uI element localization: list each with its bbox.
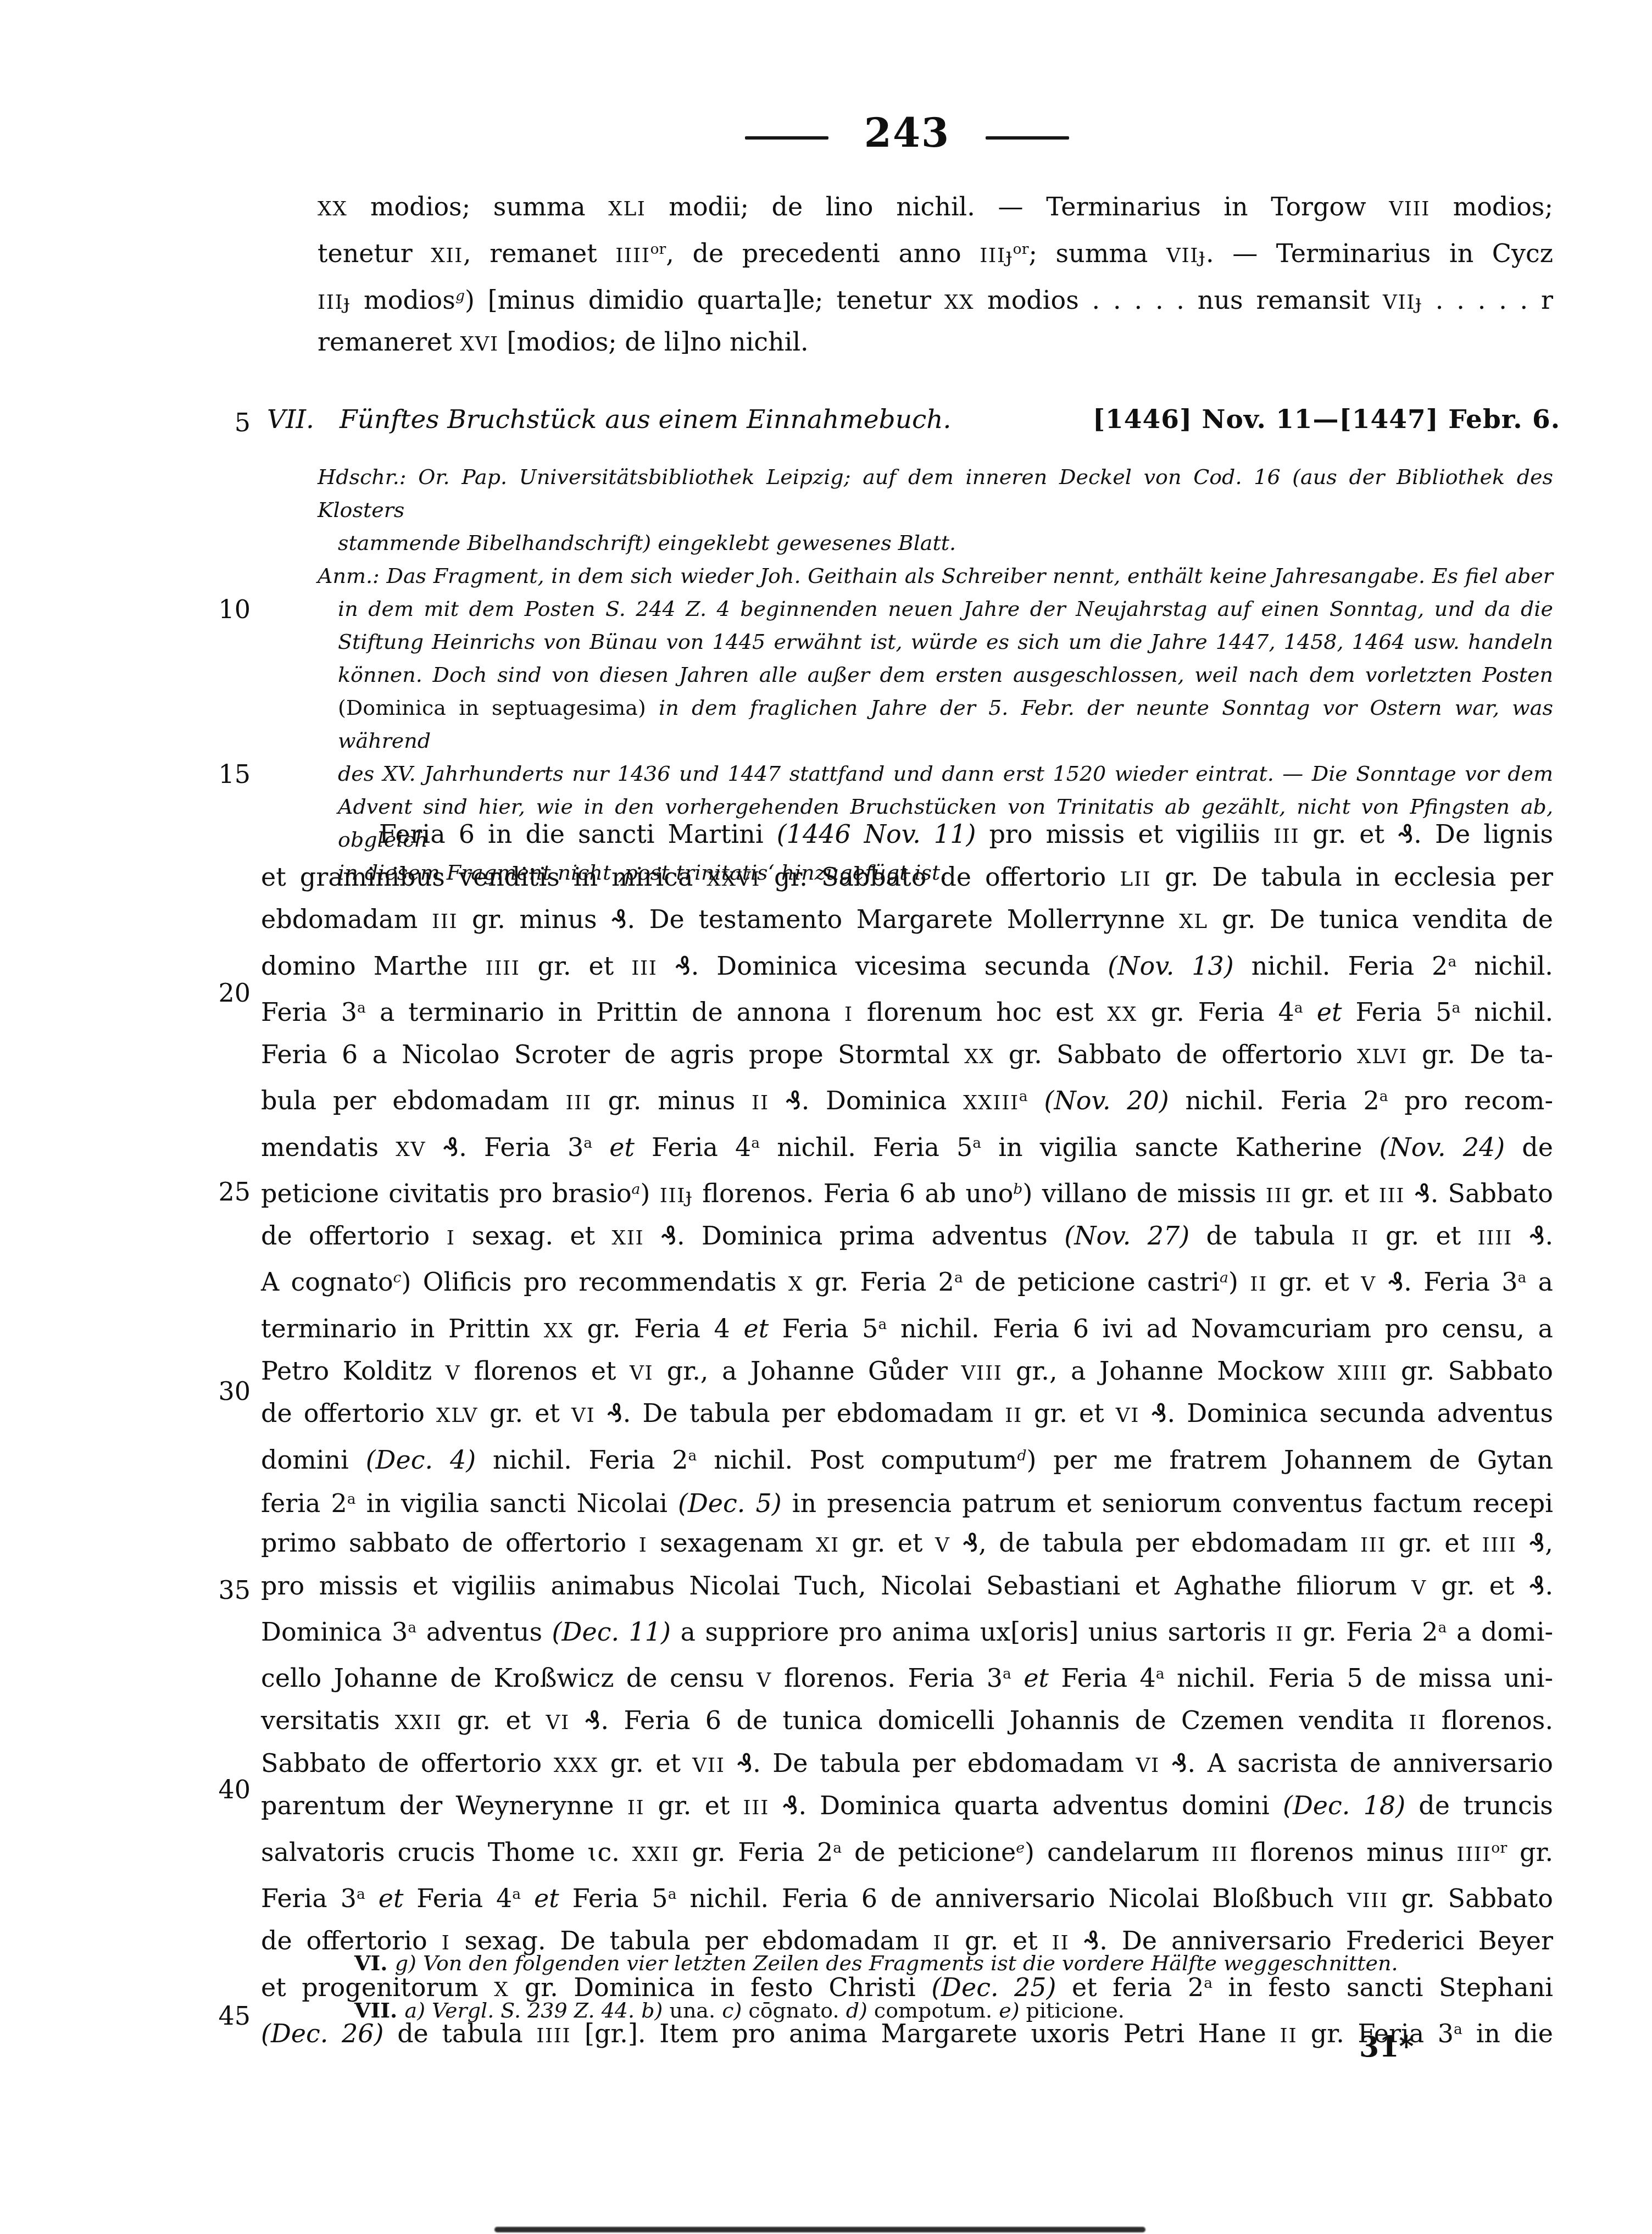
text-segment: a <box>408 1619 416 1636</box>
text-segment: modios; <box>1430 192 1553 221</box>
text-segment: XX <box>944 291 974 313</box>
text-line: Hdschr.: Or. Pap. Universitätsbibliothek… <box>318 460 1553 526</box>
text-segment: gr. et <box>520 951 632 980</box>
text-segment: gr. et <box>478 1398 571 1428</box>
text-segment: VIII <box>1347 1890 1388 1912</box>
text-line: in dem mit dem Posten S. 244 Z. 4 beginn… <box>338 592 1553 625</box>
scanned-document-page: 243 51015202530354045 XX modios; summa X… <box>0 0 1652 2234</box>
text-segment: ₰. Feria 3 <box>1376 1267 1518 1297</box>
text-segment: gr. et <box>1386 1528 1482 1558</box>
text-segment: nichil. Post computum <box>697 1444 1017 1474</box>
text-segment: nichil. Feria 5 de missa uni- <box>1165 1663 1553 1693</box>
text-segment: XL <box>1179 910 1208 933</box>
text-segment: Feria 6 in die sancti Martini <box>379 819 777 849</box>
text-segment: a <box>1380 1088 1388 1105</box>
text-segment: a <box>357 1886 365 1903</box>
text-segment: IIII <box>615 244 650 267</box>
text-segment: (Nov. 27) <box>1064 1221 1189 1251</box>
text-segment: a <box>1156 1665 1165 1682</box>
text-segment: ₰, de tabula per ebdomadam <box>950 1528 1360 1558</box>
text-segment: ₰. Feria 6 de tunica domicelli Johannis … <box>570 1705 1409 1735</box>
text-line: cello Johanne de Kroßwicz de censu V flo… <box>261 1654 1553 1700</box>
text-segment: X <box>788 1273 803 1296</box>
text-segment: III <box>1360 1534 1386 1557</box>
text-segment: cello Johanne de Kroßwicz de censu <box>261 1663 757 1693</box>
text-segment: ₰. <box>1512 1221 1553 1251</box>
text-line: domini (Dec. 4) nichil. Feria 2a nichil.… <box>261 1436 1553 1480</box>
text-segment: tenetur <box>318 238 431 268</box>
text-segment: V <box>935 1534 950 1557</box>
text-segment: XII <box>431 244 463 267</box>
text-segment: de truncis <box>1405 1791 1553 1820</box>
text-segment: VIII <box>961 1362 1003 1385</box>
text-line: Feria 6 a Nicolao Scroter de agris prope… <box>261 1035 1553 1077</box>
text-segment: XII <box>612 1227 644 1249</box>
text-line: bula per ebdomadam III gr. minus II ₰. D… <box>261 1077 1553 1123</box>
text-line: VI. g) Von den folgenden vier letzten Ze… <box>354 1940 1553 1987</box>
text-segment: gr., a Johanne Mockow <box>1002 1356 1338 1386</box>
text-segment: mendatis <box>261 1132 396 1162</box>
text-segment: stammende Bibelhandschrift) eingeklebt g… <box>338 531 956 555</box>
text-segment: VI <box>571 1404 595 1427</box>
text-segment: a <box>632 1181 641 1198</box>
text-segment <box>365 1883 379 1913</box>
text-segment: Anm.: Das Fragment, in dem sich wieder J… <box>318 564 1553 588</box>
text-line: des XV. Jahrhunderts nur 1436 und 1447 s… <box>338 757 1553 790</box>
text-segment: V <box>446 1362 461 1385</box>
text-line: Sabbato de offertorio XXX gr. et VII ₰. … <box>261 1743 1553 1786</box>
text-segment: a <box>954 1269 963 1286</box>
text-segment: XXII <box>395 1711 442 1734</box>
text-segment: XXIII <box>963 1092 1019 1114</box>
text-segment: , remanet <box>463 238 615 268</box>
text-segment: a <box>1019 1088 1028 1105</box>
margin-line-number: 5 <box>0 410 251 435</box>
text-line: A cognatoc) Olificis pro recommendatis X… <box>261 1258 1553 1304</box>
text-segment: ₰. Dominica secunda adventus <box>1139 1398 1553 1428</box>
text-segment: et <box>609 1132 635 1162</box>
text-segment: de <box>1505 1132 1553 1162</box>
scan-edge-artifact <box>494 2227 1145 2232</box>
text-line: können. Doch sind von diesen Jahren alle… <box>338 658 1553 691</box>
margin-line-numbers: 51015202530354045 <box>0 0 251 2234</box>
text-segment: ) villano de missis <box>1022 1178 1265 1208</box>
text-segment: XVI <box>460 333 498 355</box>
text-segment: I <box>639 1534 648 1557</box>
text-segment: gr. De tabula in ecclesia per <box>1151 862 1553 892</box>
text-segment: Feria 5 <box>769 1313 878 1343</box>
text-segment: ₰. Dominica <box>769 1086 964 1115</box>
text-segment: domino Marthe <box>261 951 486 980</box>
margin-line-number: 25 <box>0 1179 251 1204</box>
text-segment: des XV. Jahrhunderts nur 1436 und 1447 s… <box>338 762 1553 786</box>
text-segment: XX <box>1108 1003 1137 1025</box>
text-segment: a suppriore pro anima ux[oris] unius sar… <box>671 1617 1276 1647</box>
text-segment: a <box>347 1491 356 1508</box>
text-line: remaneret XVI [modios; de li]no nichil. <box>318 322 1553 364</box>
text-segment: et <box>1317 997 1342 1026</box>
text-segment: nichil. Feria 5 <box>760 1132 972 1162</box>
text-segment: I <box>844 1003 853 1025</box>
margin-line-number: 15 <box>0 762 251 787</box>
text-segment: de peticione castri <box>963 1267 1220 1297</box>
text-segment <box>635 1998 641 2022</box>
text-segment: florenos. Feria 6 ab uno <box>693 1178 1013 1208</box>
text-segment <box>1028 1086 1044 1115</box>
text-line: ebdomadam III gr. minus ₰. De testamento… <box>261 899 1553 942</box>
text-segment: Sabbato de offertorio <box>261 1748 554 1778</box>
text-segment: nichil. Feria 2 <box>1169 1086 1380 1115</box>
text-segment: or <box>1013 241 1029 258</box>
text-segment: IIIɟ <box>980 244 1013 267</box>
margin-line-number: 45 <box>0 2003 251 2029</box>
text-segment: II <box>1351 1227 1369 1249</box>
text-segment: (Nov. 20) <box>1044 1086 1169 1115</box>
text-segment: ₰. De tabula per ebdomadam <box>725 1748 1136 1778</box>
text-segment: (Dec. 5) <box>678 1488 782 1518</box>
text-line: salvatoris crucis Thome ɩc. XXII gr. Fer… <box>261 1829 1553 1875</box>
text-segment: II <box>1409 1711 1427 1734</box>
text-segment: . . . . . r <box>1422 285 1553 314</box>
text-segment: XXII <box>632 1843 680 1866</box>
text-segment: pro recom- <box>1388 1086 1553 1115</box>
text-segment: nichil. Feria 2 <box>1234 951 1448 980</box>
text-segment: e <box>1016 1840 1025 1857</box>
text-segment: or <box>1491 1840 1507 1857</box>
text-line: mendatis XV ₰. Feria 3a et Feria 4a nich… <box>261 1124 1553 1170</box>
text-segment <box>592 1132 609 1162</box>
text-segment <box>1011 1663 1024 1693</box>
text-segment <box>1303 997 1317 1026</box>
text-segment: florenum hoc est <box>853 997 1108 1026</box>
text-segment: Feria 4 <box>1049 1663 1156 1693</box>
text-segment: compotum. <box>867 1998 999 2022</box>
text-segment: XX <box>964 1046 994 1068</box>
text-segment: ) Olificis pro recommendatis <box>402 1267 788 1297</box>
text-line: (Dominica in septuagesima) in dem fragli… <box>338 691 1553 757</box>
text-line: feria 2a in vigilia sancti Nicolai (Dec.… <box>261 1480 1553 1523</box>
text-segment: ) <box>641 1178 660 1208</box>
text-segment: VI <box>630 1362 653 1385</box>
text-segment: or <box>650 241 666 258</box>
text-segment: ₰. Dominica prima adventus <box>644 1221 1064 1251</box>
text-segment: sexagenam <box>647 1528 815 1558</box>
text-segment: VI <box>1136 1754 1159 1777</box>
text-segment: a domi- <box>1447 1617 1553 1647</box>
text-segment: III <box>1273 825 1299 848</box>
margin-line-number: 40 <box>0 1777 251 1802</box>
text-segment: VII <box>692 1754 725 1777</box>
text-segment: a <box>1003 1665 1011 1682</box>
text-segment: ) [minus dimidio quarta]le; tenetur <box>465 285 944 314</box>
text-segment: gr. et <box>1292 1178 1379 1208</box>
text-segment: c <box>393 1269 402 1286</box>
text-segment: modios . . . . . nus remansit <box>974 285 1383 314</box>
text-segment: gr. et <box>839 1528 935 1558</box>
text-line: Petro Kolditz V florenos et VI gr., a Jo… <box>261 1351 1553 1394</box>
text-segment: III <box>1266 1184 1292 1207</box>
text-line: Anm.: Das Fragment, in dem sich wieder J… <box>318 559 1553 592</box>
text-line: IIIɟ modiosg) [minus dimidio quarta]le; … <box>318 276 1553 323</box>
text-segment: III <box>565 1092 591 1114</box>
text-segment: (Dec. 4) <box>366 1444 476 1474</box>
text-line: tenetur XII, remanet IIIIor, de preceden… <box>318 229 1553 276</box>
text-segment: et <box>1024 1663 1049 1693</box>
text-segment: Feria 3 <box>261 997 357 1026</box>
text-segment: una. <box>663 1998 722 2022</box>
text-line: VII. a) Vergl. S. 239 Z. 44. b) una. c) … <box>354 1987 1553 2034</box>
text-segment: sexag. et <box>455 1221 611 1251</box>
text-segment: VI <box>546 1711 570 1734</box>
text-segment: VI <box>1116 1404 1139 1427</box>
text-segment: gr. et <box>644 1791 743 1820</box>
text-segment: in vigilia sancte Katherine <box>981 1132 1379 1162</box>
text-segment: florenos. <box>1426 1705 1553 1735</box>
text-segment: II <box>752 1092 769 1114</box>
text-segment: terminario in Prittin <box>261 1313 544 1343</box>
text-segment: gr. Feria 4 <box>574 1313 743 1343</box>
text-segment: gr. <box>1507 1837 1553 1867</box>
text-segment: a <box>972 1135 981 1152</box>
text-segment: (Dominica in septuagesima) <box>338 696 646 720</box>
text-segment: a <box>1438 1619 1447 1636</box>
text-segment: a terminario in Prittin de annona <box>366 997 844 1026</box>
text-segment: bula per ebdomadam <box>261 1086 565 1115</box>
text-segment: Feria 4 <box>403 1883 512 1913</box>
text-segment: ; summa <box>1028 238 1166 268</box>
text-segment: VIIɟ <box>1383 291 1422 313</box>
text-segment: florenos et <box>460 1356 630 1386</box>
text-segment: gr. et <box>442 1705 546 1735</box>
text-line: domino Marthe IIII gr. et III ₰. Dominic… <box>261 942 1553 988</box>
text-segment: florenos minus <box>1238 1837 1456 1867</box>
text-segment: V <box>757 1669 772 1692</box>
text-segment: gr. Sabbato <box>1388 1883 1553 1913</box>
text-segment: parentum der Weynerynne <box>261 1791 627 1820</box>
text-segment: (Nov. 13) <box>1108 951 1233 980</box>
entry-number: VII. <box>267 404 314 435</box>
text-segment: a <box>583 1135 592 1152</box>
text-segment: in dem mit dem Posten S. 244 Z. 4 beginn… <box>338 597 1553 621</box>
text-segment: VIIɟ <box>1166 244 1206 267</box>
text-segment: III <box>743 1797 769 1819</box>
text-segment: Feria 5 <box>559 1883 668 1913</box>
page-number: 243 <box>864 113 950 153</box>
text-segment: a <box>668 1886 677 1903</box>
text-segment: peticione civitatis pro brasio <box>261 1178 632 1208</box>
entry-heading: VII. Fünftes Bruchstück aus einem Einnah… <box>267 404 1560 435</box>
text-segment: de offertorio <box>261 1221 447 1251</box>
text-segment: ₰. De tabula per ebdomadam <box>595 1398 1005 1428</box>
text-segment: in presencia patrum et seniorum conventu… <box>782 1488 1553 1518</box>
text-segment: . — Terminarius in Cycz <box>1206 238 1553 268</box>
text-segment: XLV <box>436 1404 478 1427</box>
text-segment: II <box>1250 1273 1267 1296</box>
text-segment: gr. Sabbato de offertorio <box>994 1040 1358 1069</box>
text-segment: Feria 5 <box>1342 997 1451 1026</box>
text-segment: VIII <box>1389 198 1430 220</box>
text-segment: de tabula <box>1189 1221 1351 1251</box>
text-segment: IIIɟ <box>318 291 351 313</box>
text-segment: pro missis et vigiliis <box>976 819 1273 849</box>
text-segment: ₰. Dominica vicesima secunda <box>658 951 1108 980</box>
text-segment: gr. minus <box>592 1086 752 1115</box>
text-segment: a <box>833 1840 842 1857</box>
text-segment: versitatis <box>261 1705 395 1735</box>
text-segment: IIII <box>1478 1227 1512 1249</box>
text-segment: gr. Feria 2 <box>1293 1617 1438 1647</box>
text-segment: gr. et ₰. De lignis <box>1299 819 1553 849</box>
body-text: Feria 6 in die sancti Martini (1446 Nov.… <box>261 814 1553 2056</box>
text-line: stammende Bibelhandschrift) eingeklebt g… <box>338 526 1553 559</box>
text-segment: b) <box>641 1998 663 2022</box>
text-segment: domini <box>261 1444 366 1474</box>
text-segment: Hdschr.: Or. Pap. Universitätsbibliothek… <box>318 465 1553 522</box>
text-segment: ) <box>1228 1267 1250 1297</box>
text-segment: Dominica 3 <box>261 1617 408 1647</box>
text-segment: modios <box>351 285 455 314</box>
text-segment: gr. et <box>1369 1221 1478 1251</box>
text-line: terminario in Prittin XX gr. Feria 4 et … <box>261 1305 1553 1351</box>
text-segment: gr. De ta- <box>1408 1040 1553 1069</box>
text-segment: gr. et <box>1267 1267 1361 1297</box>
text-line: Stiftung Heinrichs von Bünau von 1445 er… <box>338 625 1553 658</box>
text-segment: nichil. Feria 6 de anniversario Nicolai … <box>677 1883 1347 1913</box>
text-segment: gr. minus ₰. De testamento Margarete Mol… <box>458 904 1179 934</box>
text-segment: A cognato <box>261 1267 393 1297</box>
text-line: Feria 3a et Feria 4a et Feria 5a nichil.… <box>261 1875 1553 1921</box>
text-segment: nichil. <box>1456 951 1553 980</box>
text-segment: de offertorio <box>261 1398 436 1428</box>
text-line: Dominica 3a adventus (Dec. 11) a supprio… <box>261 1608 1553 1654</box>
entry-date-range: [1446] Nov. 11—[1447] Febr. 6. <box>1093 404 1560 435</box>
margin-line-number: 35 <box>0 1577 251 1603</box>
text-segment: IIIɟ <box>660 1184 693 1207</box>
text-segment: pro missis et vigiliis animabus Nicolai … <box>261 1571 1411 1601</box>
text-segment: in vigilia sancti Nicolai <box>356 1488 678 1518</box>
text-line: parentum der Weynerynne II gr. et III ₰.… <box>261 1786 1553 1829</box>
text-segment: nichil. Feria 6 ivi ad Novamcuriam pro c… <box>887 1313 1553 1343</box>
text-segment: a <box>1220 1269 1228 1286</box>
text-line: peticione civitatis pro brasioa) IIIɟ fl… <box>261 1170 1553 1216</box>
footnotes: VI. g) Von den folgenden vier letzten Ze… <box>354 1940 1553 2034</box>
text-segment: gr. et ₰. <box>1427 1571 1553 1601</box>
text-segment: ₰. A sacrista de anniversario <box>1160 1748 1553 1778</box>
text-segment: et <box>743 1313 769 1343</box>
text-segment: et graminibus venditis in mirica <box>261 862 707 892</box>
text-segment: a <box>1294 999 1303 1016</box>
text-segment: gr. et <box>1022 1398 1116 1428</box>
text-segment: a) Vergl. S. 239 Z. 44. <box>405 1998 635 2022</box>
text-segment: e) <box>999 1998 1019 2022</box>
text-line: pro missis et vigiliis animabus Nicolai … <box>261 1566 1553 1609</box>
text-segment: VII. <box>354 1998 405 2022</box>
text-segment: gr. Feria 4 <box>1137 997 1294 1026</box>
text-segment: modii; de lino nichil. — Terminarius in … <box>646 192 1389 221</box>
text-segment: gr. Feria 2 <box>803 1267 954 1297</box>
text-segment: , de precedenti anno <box>666 238 980 268</box>
text-segment: remaneret <box>318 327 460 357</box>
text-segment: cōgnato. <box>742 1998 846 2022</box>
text-segment: III <box>631 957 657 979</box>
text-segment: LII <box>1120 868 1151 891</box>
text-segment: feria 2 <box>261 1488 347 1518</box>
text-segment: XV <box>396 1138 426 1160</box>
text-segment: II <box>1276 1623 1293 1646</box>
text-segment: IIII <box>1456 1843 1491 1866</box>
text-segment <box>521 1883 534 1913</box>
text-segment: gr. et <box>598 1748 692 1778</box>
text-segment: Petro Kolditz <box>261 1356 446 1386</box>
text-segment: ebdomadam <box>261 904 432 934</box>
text-segment: c) <box>722 1998 742 2022</box>
text-segment: XX <box>544 1319 574 1342</box>
text-segment: et <box>379 1883 404 1913</box>
text-segment: modios; summa <box>347 192 608 221</box>
text-segment: V <box>1361 1273 1376 1296</box>
text-segment: XXVI <box>707 868 760 891</box>
text-line: primo sabbato de offertorio I sexagenam … <box>261 1523 1553 1566</box>
header-left-rule <box>745 136 828 140</box>
text-segment: nichil. Feria 2 <box>476 1444 688 1474</box>
text-segment: gr., a Johanne Gůder <box>653 1356 961 1386</box>
text-segment: gr. Sabbato de offertorio <box>760 862 1120 892</box>
text-segment: IIII <box>486 957 520 979</box>
text-line: Feria 6 in die sancti Martini (1446 Nov.… <box>261 814 1553 857</box>
text-segment: Feria 3 <box>261 1883 357 1913</box>
text-segment: III <box>1212 1843 1238 1866</box>
text-segment: gr. Sabbato <box>1388 1356 1553 1386</box>
text-segment: (Dec. 11) <box>552 1617 671 1647</box>
text-segment: ₰. Sabbato <box>1405 1178 1553 1208</box>
text-segment: a <box>751 1135 760 1152</box>
header-right-rule <box>986 136 1069 140</box>
text-segment: salvatoris crucis Thome ɩc. <box>261 1837 632 1867</box>
text-segment: a <box>512 1886 521 1903</box>
text-segment: g) Von den folgenden vier letzten Zeilen… <box>395 1951 1398 1975</box>
text-segment: nichil. <box>1460 997 1553 1026</box>
text-segment: Feria 6 a Nicolao Scroter de agris prope… <box>261 1040 964 1069</box>
text-segment: gr. De tunica vendita de <box>1208 904 1553 934</box>
text-segment: III <box>1379 1184 1405 1207</box>
text-segment: XLVI <box>1357 1046 1408 1068</box>
text-segment: IIII <box>1482 1534 1516 1557</box>
text-segment: a <box>878 1316 887 1333</box>
text-segment: (Nov. 24) <box>1380 1132 1505 1162</box>
text-segment: (1446 Nov. 11) <box>777 819 976 849</box>
text-segment: III <box>432 910 458 933</box>
text-segment: XIIII <box>1338 1362 1387 1385</box>
text-segment: II <box>627 1797 645 1819</box>
text-segment: g <box>455 287 465 304</box>
text-segment: d <box>1017 1447 1026 1464</box>
text-line: et graminibus venditis in mirica XXVI gr… <box>261 857 1553 900</box>
margin-line-number: 20 <box>0 980 251 1005</box>
text-segment: ₰. Feria 3 <box>426 1132 583 1162</box>
opening-paragraph: XX modios; summa XLI modii; de lino nich… <box>318 187 1553 364</box>
text-segment: piticione. <box>1020 1998 1125 2022</box>
text-segment: können. Doch sind von diesen Jahren alle… <box>338 663 1553 687</box>
text-segment: adventus <box>416 1617 552 1647</box>
signature-mark: 31* <box>1359 2033 1414 2061</box>
text-segment: a <box>1517 1269 1526 1286</box>
text-segment: XI <box>816 1534 839 1557</box>
margin-line-number: 30 <box>0 1379 251 1404</box>
text-segment: V <box>1411 1577 1427 1599</box>
text-segment: a <box>1448 953 1456 970</box>
text-segment: a <box>1526 1267 1553 1297</box>
text-segment: d) <box>846 1998 867 2022</box>
